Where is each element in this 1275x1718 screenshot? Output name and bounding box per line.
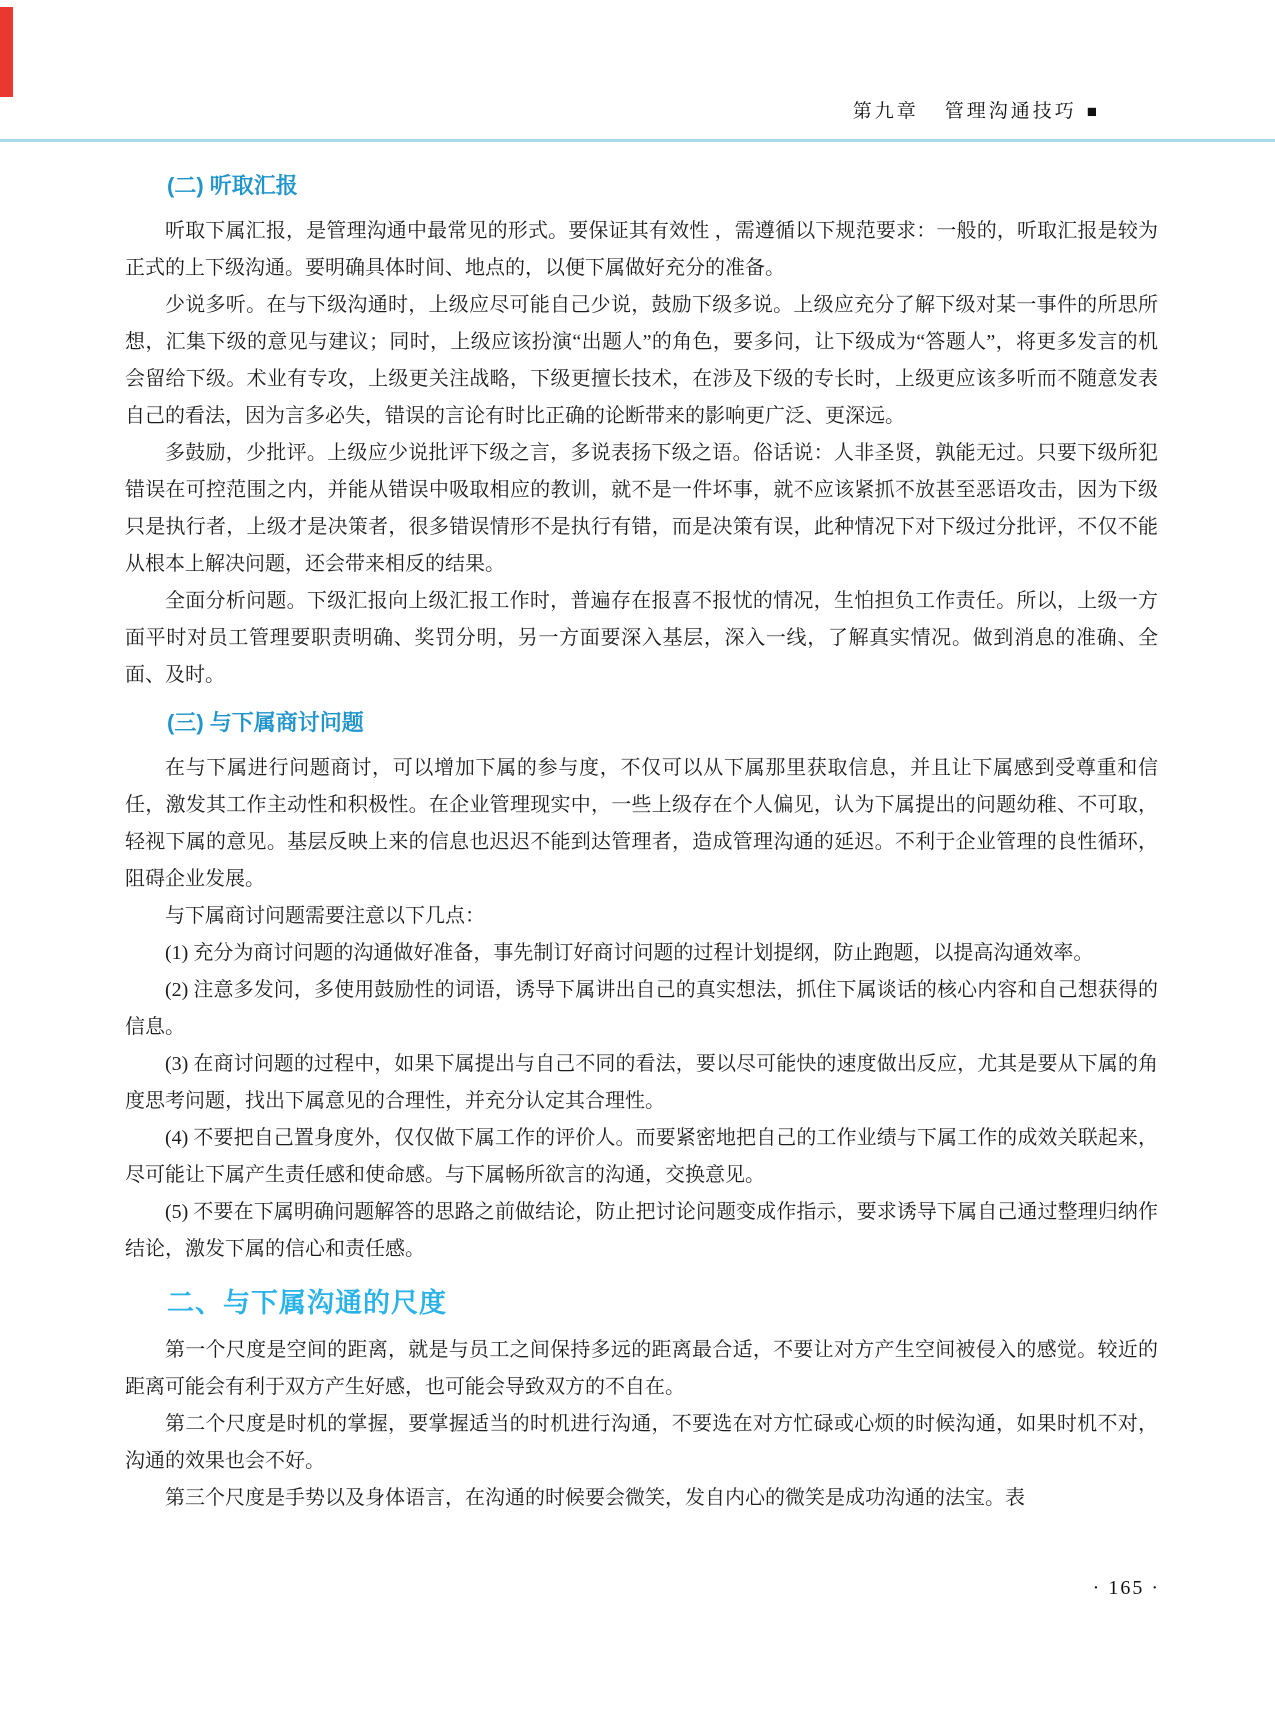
- numbered-item-5: (5) 不要在下属明确问题解答的思路之前做结论，防止把讨论问题变成作指示，要求诱…: [125, 1194, 1158, 1268]
- paragraph: 全面分析问题。下级汇报向上级汇报工作时，普遍存在报喜不报忧的情况，生怕担负工作责…: [125, 583, 1158, 694]
- numbered-item-2: (2) 注意多发问，多使用鼓励性的词语，诱导下属讲出自己的真实想法，抓住下属谈话…: [125, 972, 1158, 1046]
- running-header: 第九章管理沟通技巧■: [853, 96, 1097, 123]
- paragraph: 在与下属进行问题商讨，可以增加下属的参与度，不仅可以从下属那里获取信息，并且让下…: [125, 750, 1158, 898]
- section-heading-scale: 二、与下属沟通的尺度: [167, 1284, 1158, 1322]
- paragraph: 与下属商讨问题需要注意以下几点：: [125, 898, 1158, 935]
- running-header-chapter: 第九章: [853, 101, 919, 122]
- numbered-item-4: (4) 不要把自己置身度外，仅仅做下属工作的评价人。而要紧密地把自己的工作业绩与…: [125, 1120, 1158, 1194]
- paragraph: 多鼓励，少批评。上级应少说批评下级之言，多说表扬下级之语。俗话说：人非圣贤，孰能…: [125, 435, 1158, 583]
- section-heading-2: (二) 听取汇报: [167, 171, 1158, 201]
- numbered-item-1: (1) 充分为商讨问题的沟通做好准备，事先制订好商讨问题的过程计划提纲，防止跑题…: [125, 935, 1158, 972]
- book-page: 第九章管理沟通技巧■ (二) 听取汇报 听取下属汇报，是管理沟通中最常见的形式。…: [0, 0, 1275, 1718]
- paragraph: 第一个尺度是空间的距离，就是与员工之间保持多远的距离最合适，不要让对方产生空间被…: [125, 1332, 1158, 1406]
- running-header-title: 管理沟通技巧: [945, 101, 1077, 122]
- paragraph: 第三个尺度是手势以及身体语言，在沟通的时候要会微笑，发自内心的微笑是成功沟通的法…: [125, 1480, 1158, 1517]
- chapter-edge-tab: [0, 7, 13, 97]
- paragraph: 第二个尺度是时机的掌握，要掌握适当的时机进行沟通，不要选在对方忙碌或心烦的时候沟…: [125, 1406, 1158, 1480]
- header-square-icon: ■: [1087, 102, 1097, 121]
- paragraph: 听取下属汇报，是管理沟通中最常见的形式。要保证其有效性 ，需遵循以下规范要求：一…: [125, 213, 1158, 287]
- page-number: · 165 ·: [1093, 1577, 1160, 1600]
- numbered-item-3: (3) 在商讨问题的过程中，如果下属提出与自己不同的看法，要以尽可能快的速度做出…: [125, 1046, 1158, 1120]
- paragraph: 少说多听。在与下级沟通时，上级应尽可能自己少说，鼓励下级多说。上级应充分了解下级…: [125, 287, 1158, 435]
- page-body: (二) 听取汇报 听取下属汇报，是管理沟通中最常见的形式。要保证其有效性 ，需遵…: [125, 141, 1158, 1517]
- section-heading-3: (三) 与下属商讨问题: [167, 708, 1158, 738]
